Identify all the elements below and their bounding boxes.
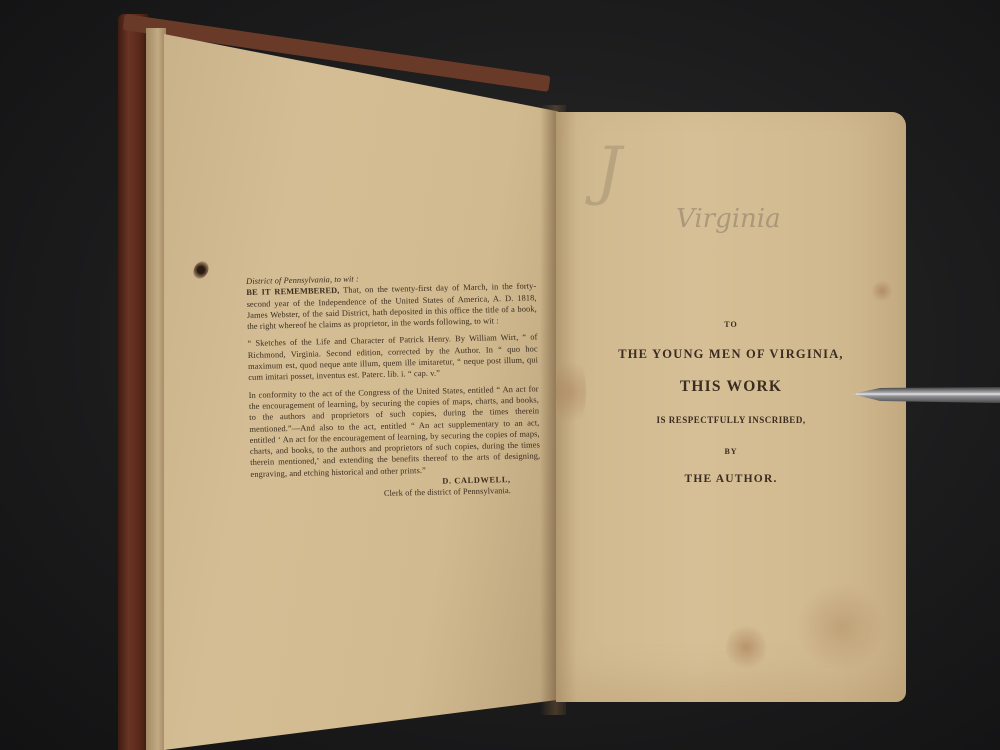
foxing-stain xyxy=(726,622,766,672)
dedication-to: TO xyxy=(556,320,906,329)
book-title-quote: “ Sketches of the Life and Character of … xyxy=(247,332,538,384)
copyright-body: BE IT REMEMBERED, That, on the twenty-fi… xyxy=(246,281,537,333)
dedication-line-3: IS RESPECTFULLY INSCRIBED, xyxy=(556,415,906,425)
foxing-stain xyxy=(796,582,886,672)
pen-pointer-icon xyxy=(852,383,1000,407)
pencil-mark-j: J xyxy=(596,134,622,208)
signature-name: D. CALDWELL, xyxy=(442,475,511,486)
dedication-author: THE AUTHOR. xyxy=(556,473,906,485)
dedication-line-1: THE YOUNG MEN OF VIRGINIA, xyxy=(556,347,906,362)
pencil-note: Virginia xyxy=(676,204,781,234)
book-photo: District of Pennsylvania, to wit : BE IT… xyxy=(0,0,1000,750)
flyleaf-edge xyxy=(146,28,166,750)
conformity-paragraph: In conformity to the act of the Congress… xyxy=(249,383,541,480)
dedication-by: BY xyxy=(556,447,906,456)
book-spine-cover xyxy=(118,14,148,750)
worm-hole xyxy=(190,259,211,282)
foxing-stain xyxy=(871,280,893,302)
copyright-lead: BE IT REMEMBERED, xyxy=(246,286,339,297)
signature-title: Clerk of the district of Pennsylvania. xyxy=(384,486,511,498)
right-page: J Virginia xyxy=(556,112,906,702)
copyright-notice: District of Pennsylvania, to wit : BE IT… xyxy=(246,269,541,502)
